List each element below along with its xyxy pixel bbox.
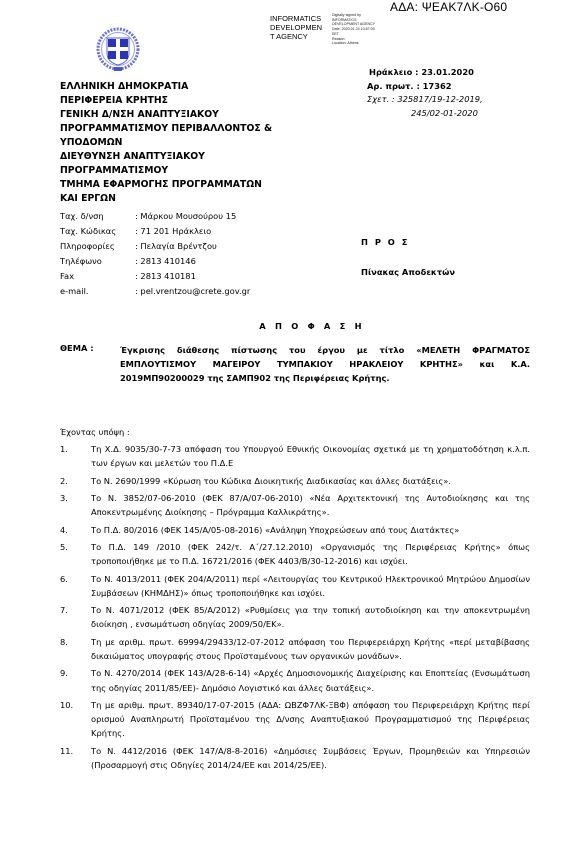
item-text: Το Ν. 3852/07-06-2010 (ΦΕΚ 87/Α/07-06-20…	[91, 491, 530, 519]
item-text: Το Ν. 4071/2012 (ΦΕΚ 85/Α/2012) «Ρυθμίσε…	[91, 603, 530, 631]
authority-line: ΠΡΟΓΡΑΜΜΑΤΙΣΜΟΥ ΠΕΡΙΒΑΛΛΟΝΤΟΣ &	[60, 122, 330, 136]
item-text: Το Π.Δ. 80/2016 (ΦΕΚ 145/Α/05-08-2016) «…	[91, 523, 530, 537]
contact-value: : Πελαγία Βρέντζου	[135, 239, 217, 254]
list-item: 5.Το Π.Δ. 149 /2010 (ΦΕΚ 242/τ. Α΄/27.12…	[60, 540, 530, 568]
authority-line: ΠΕΡΙΦΕΡΕΙΑ ΚΡΗΤΗΣ	[60, 94, 330, 108]
place-date: Ηράκλειο : 23.01.2020	[367, 66, 483, 80]
contact-details: Ταχ. δ/νση: Μάρκου Μουσούρου 15 Ταχ. Κώδ…	[60, 209, 250, 299]
authority-line: ΥΠΟΔΟΜΩΝ	[60, 136, 330, 150]
contact-label: Πληροφορίες	[60, 239, 135, 254]
contact-row: Ταχ. Κώδικας: 71 201 Ηράκλειο	[60, 224, 250, 239]
considering-label: Έχοντας υπόψη :	[60, 427, 130, 437]
list-item: 1.Τη Χ.Δ. 9035/30-7-73 απόφαση του Υπουρ…	[60, 442, 530, 470]
list-item: 4.Το Π.Δ. 80/2016 (ΦΕΚ 145/Α/05-08-2016)…	[60, 523, 530, 537]
contact-label: Fax	[60, 269, 135, 284]
contact-email[interactable]: : pel.vrentzou@crete.gov.gr	[135, 284, 250, 299]
item-text: Το Π.Δ. 149 /2010 (ΦΕΚ 242/τ. Α΄/27.12.2…	[91, 540, 530, 568]
item-text: Τη με αριθμ. πρωτ. 69994/29433/12-07-201…	[91, 635, 530, 663]
authority-line: ΓΕΝΙΚΗ Δ/ΝΣΗ ΑΝΑΠΤΥΞΙΑΚΟΥ	[60, 108, 330, 122]
list-item: 6.Το Ν. 4013/2011 (ΦΕΚ 204/Α/2011) περί …	[60, 572, 530, 600]
item-number: 10.	[60, 698, 91, 740]
list-item: 3.Το Ν. 3852/07-06-2010 (ΦΕΚ 87/Α/07-06-…	[60, 491, 530, 519]
item-text: Τη με αριθμ. πρωτ. 89340/17-07-2015 (ΑΔΑ…	[91, 698, 530, 740]
contact-value: : 2813 410181	[135, 269, 196, 284]
contact-row: Τηλέφωνο: 2813 410146	[60, 254, 250, 269]
to-label: Π Ρ Ο Σ	[361, 237, 409, 247]
list-item: 7.Το Ν. 4071/2012 (ΦΕΚ 85/Α/2012) «Ρυθμί…	[60, 603, 530, 631]
authority-line: ΤΜΗΜΑ ΕΦΑΡΜΟΓΗΣ ΠΡΟΓΡΑΜΜΑΤΩΝ	[60, 178, 330, 192]
signature-organization: INFORMATICS DEVELOPMEN T AGENCY	[270, 14, 320, 41]
item-text: Το Ν. 4270/2014 (ΦΕΚ 143/Α/28-6-14) «Αρχ…	[91, 666, 530, 694]
list-item: 11.Το Ν. 4412/2016 (ΦΕΚ 147/Α/8-8-2016) …	[60, 744, 530, 772]
item-text: Το Ν. 2690/1999 «Κύρωση του Κώδικα Διοικ…	[91, 474, 530, 488]
item-number: 6.	[60, 572, 91, 600]
authority-line: ΚΑΙ ΕΡΓΩΝ	[60, 192, 330, 206]
authority-line: ΔΙΕΥΘΥΝΣΗ ΑΝΑΠΤΥΞΙΑΚΟΥ	[60, 150, 330, 164]
subject-text: Έγκρισης διάθεσης πίστωσης του έργου με …	[120, 343, 530, 385]
item-number: 4.	[60, 523, 91, 537]
item-text: Το Ν. 4013/2011 (ΦΕΚ 204/Α/2011) περί «Λ…	[91, 572, 530, 600]
authority-line: ΠΡΟΓΡΑΜΜΑΤΙΣΜΟΥ	[60, 164, 330, 178]
contact-row: Fax: 2813 410181	[60, 269, 250, 284]
contact-label: Τηλέφωνο	[60, 254, 135, 269]
item-number: 5.	[60, 540, 91, 568]
list-item: 9.Το Ν. 4270/2014 (ΦΕΚ 143/Α/28-6-14) «Α…	[60, 666, 530, 694]
contact-value: : 71 201 Ηράκλειο	[135, 224, 211, 239]
greek-coat-of-arms-icon	[95, 26, 141, 72]
item-text: Το Ν. 4412/2016 (ΦΕΚ 147/Α/8-8-2016) «Δη…	[91, 744, 530, 772]
signature-line: Location: Athens	[332, 41, 392, 46]
recipients-table: Πίνακας Αποδεκτών	[361, 267, 455, 277]
list-item: 8.Τη με αριθμ. πρωτ. 69994/29433/12-07-2…	[60, 635, 530, 663]
item-number: 3.	[60, 491, 91, 519]
item-number: 11.	[60, 744, 91, 772]
authority-line: ΕΛΛΗΝΙΚΗ ΔΗΜΟΚΡΑΤΙΑ	[60, 80, 330, 94]
protocol-number: Αρ. πρωτ. : 17362	[367, 80, 483, 94]
document-meta: Ηράκλειο : 23.01.2020 Αρ. πρωτ. : 17362 …	[367, 66, 483, 120]
item-text: Τη Χ.Δ. 9035/30-7-73 απόφαση του Υπουργο…	[91, 442, 530, 470]
item-number: 1.	[60, 442, 91, 470]
related-references: Σχετ. : 325817/19-12-2019,	[367, 93, 483, 107]
item-number: 8.	[60, 635, 91, 663]
contact-row: Πληροφορίες: Πελαγία Βρέντζου	[60, 239, 250, 254]
item-number: 2.	[60, 474, 91, 488]
contact-row: Ταχ. δ/νση: Μάρκου Μουσούρου 15	[60, 209, 250, 224]
contact-label: Ταχ. Κώδικας	[60, 224, 135, 239]
ada-number: ΑΔΑ: ΨΕΑΚ7ΛΚ-Ο60	[390, 0, 507, 14]
considerations-list: 1.Τη Χ.Δ. 9035/30-7-73 απόφαση του Υπουρ…	[60, 442, 530, 775]
contact-value: : Μάρκου Μουσούρου 15	[135, 209, 236, 224]
list-item: 10.Τη με αριθμ. πρωτ. 89340/17-07-2015 (…	[60, 698, 530, 740]
item-number: 9.	[60, 666, 91, 694]
signature-details: Digitally signed by INFORMATICS DEVELOPM…	[332, 13, 392, 46]
contact-value: : 2813 410146	[135, 254, 196, 269]
issuing-authority: ΕΛΛΗΝΙΚΗ ΔΗΜΟΚΡΑΤΙΑ ΠΕΡΙΦΕΡΕΙΑ ΚΡΗΤΗΣ ΓΕ…	[60, 80, 330, 206]
item-number: 7.	[60, 603, 91, 631]
related-references-cont: 245/02-01-2020	[367, 107, 483, 121]
contact-label: Ταχ. δ/νση	[60, 209, 135, 224]
contact-label: e-mail.	[60, 284, 135, 299]
list-item: 2.Το Ν. 2690/1999 «Κύρωση του Κώδικα Διο…	[60, 474, 530, 488]
subject-label: ΘΕΜΑ :	[60, 343, 94, 353]
contact-row: e-mail.: pel.vrentzou@crete.gov.gr	[60, 284, 250, 299]
decision-title: Α Π Ο Φ Α Σ Η	[0, 321, 584, 331]
